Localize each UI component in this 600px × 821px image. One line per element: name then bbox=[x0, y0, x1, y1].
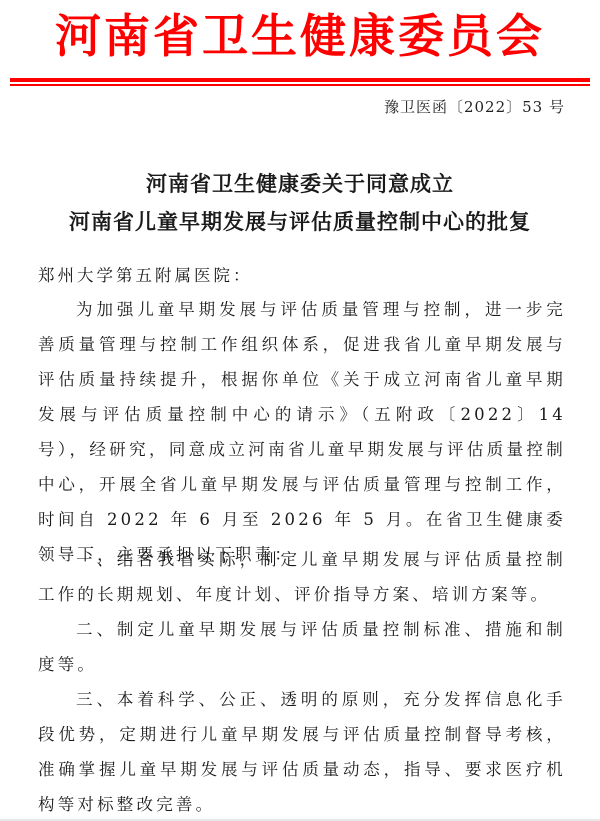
document-title-line-2: 河南省儿童早期发展与评估质量控制中心的批复 bbox=[0, 206, 600, 236]
body-paragraph-duty-2: 二、制定儿童早期发展与评估质量控制标准、措施和制度等。 bbox=[38, 612, 566, 682]
red-header-rule-thick bbox=[10, 78, 590, 82]
body-paragraph-intro: 为加强儿童早期发展与评估质量管理与控制，进一步完善质量管理与控制工作组织体系，促… bbox=[38, 292, 566, 572]
body-paragraph-duty-3: 三、本着科学、公正、透明的原则，充分发挥信息化手段优势，定期进行儿童早期发展与评… bbox=[38, 682, 566, 821]
addressee: 郑州大学第五附属医院： bbox=[38, 258, 566, 294]
issuer-masthead: 河南省卫生健康委员会 bbox=[0, 8, 600, 64]
red-header-rule-thin bbox=[10, 84, 590, 86]
document-number: 豫卫医函〔2022〕53 号 bbox=[384, 96, 565, 117]
document-title-line-1: 河南省卫生健康委关于同意成立 bbox=[0, 168, 600, 198]
body-paragraph-duty-1: 一、结合我省实际，制定儿童早期发展与评估质量控制工作的长期规划、年度计划、评价指… bbox=[38, 542, 566, 612]
